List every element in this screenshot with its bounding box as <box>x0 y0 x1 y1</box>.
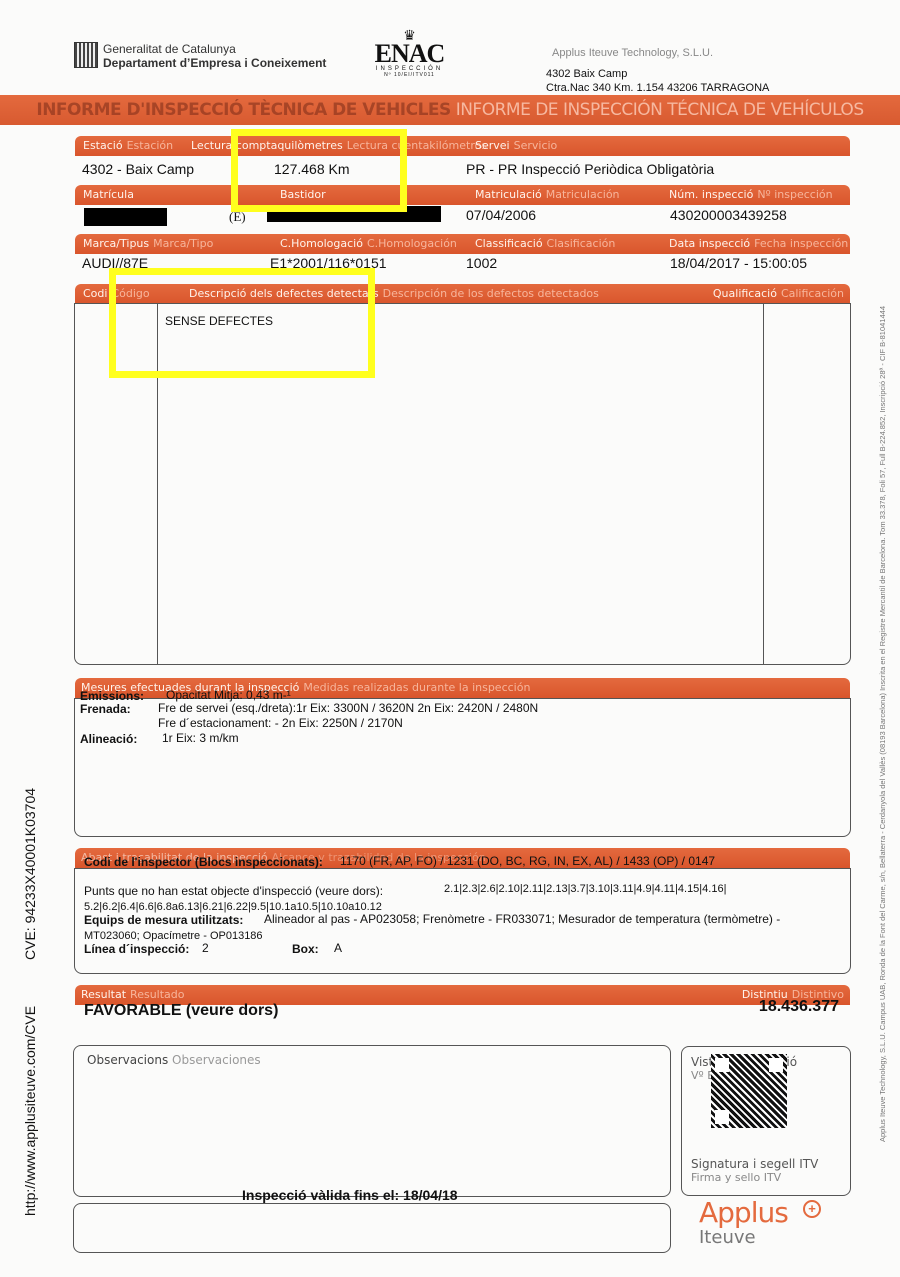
observations-box-2 <box>73 1203 671 1253</box>
alineacio-label: Alineació: <box>80 732 137 746</box>
classificacio-value: 1002 <box>466 255 497 271</box>
codi-label: Codi <box>83 287 107 300</box>
observations-box <box>73 1045 671 1197</box>
homologacio-label: C.Homologació <box>280 237 363 250</box>
desc-defects-label-es: Descripción de los defectos detectados <box>383 287 599 300</box>
legal-notice: Applus Iteuve Technology, S.L.U. Campus … <box>878 306 887 1142</box>
observacions-label: Observacions Observaciones <box>87 1053 261 1067</box>
title-band: INFORME D'INSPECCIÓ TÈCNICA DE VEHICLES … <box>0 95 900 125</box>
box-value: A <box>334 941 342 955</box>
cve-code: CVE: 94233X40001K03704 <box>22 788 38 960</box>
equips-label: Equips de mesura utilitzats: <box>84 913 243 927</box>
data-inspeccio-value: 18/04/2017 - 15:00:05 <box>670 255 807 271</box>
highlight-defects <box>109 268 375 378</box>
title-es: INFORME DE INSPECCIÓN TÉCNICA DE VEHÍCUL… <box>456 100 864 120</box>
valid-until: Inspecció vàlida fins el: 18/04/18 <box>242 1187 458 1203</box>
row3-band: Marca/TipusMarca/Tipo C.HomologacióC.Hom… <box>75 234 850 254</box>
resultat-label-es: Resultado <box>130 988 184 1001</box>
servei-value: PR - PR Inspecció Periòdica Obligatòria <box>466 161 714 177</box>
row1-band: EstacióEstación Lectura comptaquilòmetre… <box>75 136 850 156</box>
station-address-2: Ctra.Nac 340 Km. 1.154 43206 TARRAGONA <box>546 82 769 94</box>
qr-code-icon <box>711 1054 787 1128</box>
matricula-label: Matrícula <box>83 185 134 205</box>
data-inspeccio-label: Data inspecció <box>669 237 750 250</box>
punts-value-1: 2.1|2.3|2.6|2.10|2.11|2.13|3.7|3.10|3.11… <box>444 883 726 895</box>
frenada-label: Frenada: <box>80 702 131 716</box>
applus-logo: Applus Iteuve <box>699 1198 788 1248</box>
matriculacio-value: 07/04/2006 <box>466 207 536 223</box>
resultat-label: Resultat <box>81 988 126 1001</box>
cve-url: http://www.applusiteuve.com/CVE <box>22 1006 38 1216</box>
enac-logo-text: ENAC <box>362 42 457 66</box>
inspector-label: Codi de l'inspector (Blocs inspeccionats… <box>84 855 323 869</box>
num-inspeccio-label-es: Nº inspección <box>757 188 832 201</box>
observacions-label-ca: Observacions <box>87 1053 168 1067</box>
gov-department: Departament d’Empresa i Coneixement <box>103 56 326 70</box>
applus-sub: Iteuve <box>699 1228 788 1248</box>
signature-label-es: Firma y sello ITV <box>691 1171 781 1184</box>
applus-brand: Applus <box>699 1198 788 1228</box>
measures-label-es: Medidas realizadas durante la inspección <box>303 681 530 694</box>
classificacio-label-es: Clasificación <box>547 237 616 250</box>
data-inspeccio-label-es: Fecha inspección <box>754 237 848 250</box>
marca-label-es: Marca/Tipo <box>153 237 213 250</box>
matriculacio-label: Matriculació <box>475 188 542 201</box>
row2-band: Matrícula Bastidor MatriculacióMatricula… <box>75 185 850 205</box>
num-inspeccio-label: Núm. inspecció <box>669 188 753 201</box>
generalitat-logo-icon <box>74 42 98 68</box>
station-address-1: 4302 Baix Camp <box>546 68 627 80</box>
signature-label: Signatura i segell ITV <box>691 1157 818 1171</box>
estacio-label: Estació <box>83 139 123 152</box>
linea-value: 2 <box>202 941 209 955</box>
company-name: Applus Iteuve Technology, S.L.U. <box>552 47 713 59</box>
qualificacio-column-divider <box>763 304 764 664</box>
frenada-line-2: Fre d´estacionament: - 2n Eix: 2250N / 2… <box>158 716 403 730</box>
servei-label-es: Servicio <box>514 139 558 152</box>
estacio-value: 4302 - Baix Camp <box>82 161 194 177</box>
alineacio-value: 1r Eix: 3 m/km <box>162 731 239 745</box>
result-value: FAVORABLE (veure dors) <box>84 1002 278 1020</box>
observacions-label-es: Observaciones <box>172 1053 261 1067</box>
marca-label: Marca/Tipus <box>83 237 149 250</box>
title-ca: INFORME D'INSPECCIÓ TÈCNICA DE VEHICLES <box>36 100 450 120</box>
equips-value-2: MT023060; Opacímetre - OP013186 <box>84 930 263 942</box>
emissions-label: Emissions: <box>80 689 144 703</box>
estacio-label-es: Estación <box>127 139 174 152</box>
redacted-plate <box>84 208 167 226</box>
box-label: Box: <box>292 942 319 956</box>
highlight-odometer <box>231 129 407 212</box>
plus-circle-icon: + <box>803 1200 821 1218</box>
linea-label: Línea d´inspecció: <box>84 942 189 956</box>
distintiu-value: 18.436.377 <box>759 998 839 1016</box>
num-inspeccio-value: 430200003439258 <box>670 207 787 223</box>
frenada-line-1: Fre de servei (esq./dreta):1r Eix: 3300N… <box>158 701 538 715</box>
punts-label: Punts que no han estat objecte d'inspecc… <box>84 884 383 898</box>
homologacio-label-es: C.Homologación <box>367 237 457 250</box>
qualificacio-label-es: Calificación <box>781 287 844 300</box>
enac-num: Nº 10/EI/ITV011 <box>362 72 457 78</box>
equips-value-1: Alineador al pas - AP023058; Frenòmetre … <box>264 912 780 926</box>
servei-label: Servei <box>475 139 510 152</box>
classificacio-label: Classificació <box>475 237 543 250</box>
enac-logo: ♛ ENAC INSPECCIÓN Nº 10/EI/ITV011 <box>362 28 457 78</box>
gov-name: Generalitat de Catalunya <box>103 42 236 56</box>
emissions-value: Opacitat Mitja: 0,43 m-¹ <box>166 688 291 702</box>
matriculacio-label-es: Matriculación <box>546 188 620 201</box>
inspector-value: 1170 (FR, AP, FO) / 1231 (DO, BC, RG, IN… <box>340 854 715 868</box>
qualificacio-label: Qualificació <box>713 287 777 300</box>
